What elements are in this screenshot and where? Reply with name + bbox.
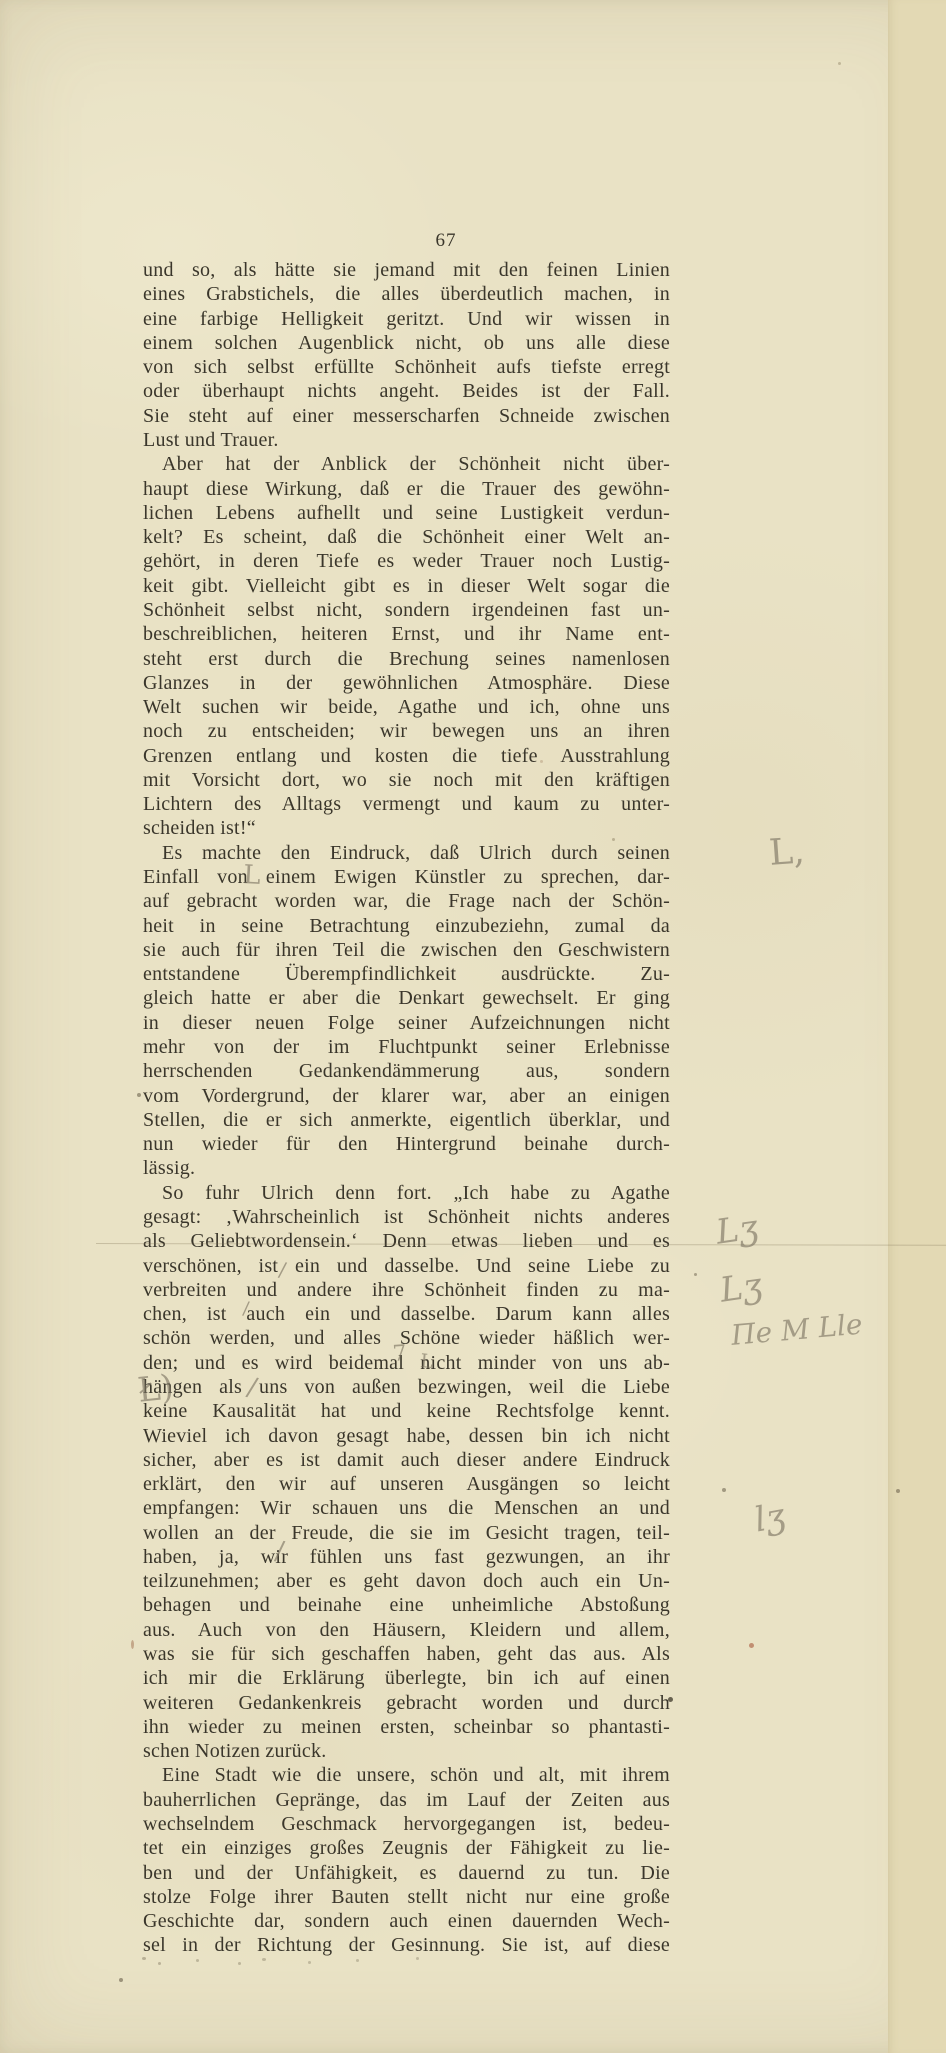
text-line: sicher, aber es ist damit auch dieser an…	[143, 1448, 670, 1472]
paper-speck	[119, 1978, 123, 1982]
text-line: ihn wieder zu meinen ersten, scheinbar s…	[143, 1715, 670, 1739]
text-line: nun wieder für den Hintergrund beinahe d…	[143, 1132, 670, 1156]
text-line: aus. Auch von den Häusern, Kleidern und …	[143, 1618, 670, 1642]
text-line: lässig.	[143, 1156, 670, 1180]
text-line: wechselndem Geschmack hervorgegangen ist…	[143, 1812, 670, 1836]
paper-speck	[262, 1958, 266, 1961]
text-line: oder überhaupt nichts angeht. Beides ist…	[143, 379, 670, 403]
paper-speck	[238, 1962, 241, 1965]
text-line: einem solchen Augenblick nicht, ob uns a…	[143, 331, 670, 355]
text-line: beschreiblichen, heiteren Ernst, und ihr…	[143, 622, 670, 646]
pencil-annotation-margin-note-pe-m-lle: Пe M Lle	[730, 1311, 864, 1350]
text-line: teilzunehmen; aber es geht davon doch au…	[143, 1569, 670, 1593]
text-line: mehr von der im Fluchtpunkt seiner Erleb…	[143, 1035, 670, 1059]
text-line: verschönen, ist ein und dasselbe. Und se…	[143, 1254, 670, 1278]
text-line: keit gibt. Vielleicht gibt es in dieser …	[143, 574, 670, 598]
text-line: haupt diese Wirkung, daß er die Trauer d…	[143, 477, 670, 501]
text-line: Welt suchen wir beide, Agathe und ich, o…	[143, 695, 670, 719]
text-line: ben und der Unfähigkeit, es dauernd zu t…	[143, 1861, 670, 1885]
pencil-annotation-inline-mark-einfall: L	[243, 862, 262, 889]
text-line: heit in seine Betrachtung einzubeziehn, …	[143, 914, 670, 938]
text-line: gehört, in deren Tiefe es weder Trauer n…	[143, 549, 670, 573]
text-line: Glanzes in der gewöhnlichen Atmosphäre. …	[143, 671, 670, 695]
paper-speck	[668, 1697, 673, 1702]
text-line: gesagt: ‚Wahrscheinlich ist Schönheit ni…	[143, 1205, 670, 1229]
text-line: weiteren Gedankenkreis gebracht worden u…	[143, 1691, 670, 1715]
text-line: Grenzen entlang und kosten die tiefe Aus…	[143, 744, 670, 768]
text-line: stolze Folge ihrer Bauten stellt nicht n…	[143, 1885, 670, 1909]
text-line: hängen als uns von außen bezwingen, weil…	[143, 1375, 670, 1399]
text-line: Schönheit selbst nicht, sondern irgendei…	[143, 598, 670, 622]
text-line: keine Kausalität hat und keine Rechtsfol…	[143, 1399, 670, 1423]
pencil-annotation-insert-mark-l: L	[419, 1352, 433, 1372]
text-line: mit Vorsicht dort, wo sie noch mit den k…	[143, 768, 670, 792]
text-line: Einfall von einem Ewigen Künstler zu spr…	[143, 865, 670, 889]
text-block: und so, als hätte sie jemand mit den fei…	[143, 258, 670, 1958]
text-line: entstandene Überempfindlichkeit ausdrück…	[143, 962, 670, 986]
text-line: vom Vordergrund, der klarer war, aber an…	[143, 1084, 670, 1108]
paper-speck	[158, 1962, 161, 1965]
text-line: wollen an der Freude, die sie im Gesicht…	[143, 1521, 670, 1545]
text-line: in dieser neuen Folge seiner Aufzeichnun…	[143, 1011, 670, 1035]
page-number: 67	[424, 230, 468, 252]
text-line: Lichtern des Alltags vermengt und kaum z…	[143, 792, 670, 816]
text-line: sel in der Richtung der Gesinnung. Sie i…	[143, 1933, 670, 1957]
paper-speck	[137, 1093, 141, 1097]
text-line: als Geliebtwordensein.‘ Denn etwas liebe…	[143, 1229, 670, 1253]
text-line: auf gebracht worden war, die Frage nach …	[143, 889, 670, 913]
pencil-annotation-margin-mark-l-comma: L,	[768, 834, 806, 872]
text-line: tet ein einziges großes Zeugnis der Fähi…	[143, 1836, 670, 1860]
text-line: gleich hatte er aber die Denkart gewechs…	[143, 986, 670, 1010]
text-line: Wieviel ich davon gesagt habe, dessen bi…	[143, 1424, 670, 1448]
paper-speck	[694, 1273, 697, 1276]
paper-speck	[142, 1957, 146, 1960]
pencil-annotation-margin-squiggle-3: lʒ	[752, 1499, 788, 1538]
text-line: schön werden, und alles Schöne wieder hä…	[143, 1326, 670, 1350]
text-line: chen, ist auch ein und dasselbe. Darum k…	[143, 1302, 670, 1326]
text-line: Sie steht auf einer messerscharfen Schne…	[143, 404, 670, 428]
text-line: haben, ja, wir fühlen uns fast gezwungen…	[143, 1545, 670, 1569]
text-line: noch zu entscheiden; wir bewegen uns an …	[143, 719, 670, 743]
paper-speck	[308, 1961, 311, 1964]
text-line: lichen Lebens aufhellt und seine Lustigk…	[143, 501, 670, 525]
text-line: Aber hat der Anblick der Schönheit nicht…	[143, 452, 670, 476]
text-line: sie auch für ihren Teil die zwischen den…	[143, 938, 670, 962]
text-line: Stellen, die er sich anmerkte, eigentlic…	[143, 1108, 670, 1132]
pencil-annotation-margin-squiggle-1: Lʒ	[714, 1210, 760, 1249]
text-line: erklärt, den wir auf unseren Ausgängen s…	[143, 1472, 670, 1496]
text-line: herrschenden Gedankendämmerung aus, sond…	[143, 1059, 670, 1083]
paper-speck	[896, 1489, 900, 1493]
text-line: kelt? Es scheint, daß die Schönheit eine…	[143, 525, 670, 549]
text-line: verbreiten und andere ihre Schönheit fin…	[143, 1278, 670, 1302]
text-line: empfangen: Wir schauen uns die Menschen …	[143, 1496, 670, 1520]
paper-speck	[838, 62, 841, 65]
text-line: eine farbige Helligkeit geritzt. Und wir…	[143, 307, 670, 331]
text-line: schen Notizen zurück.	[143, 1739, 670, 1763]
text-line: So fuhr Ulrich denn fort. „Ich habe zu A…	[143, 1181, 670, 1205]
text-line: steht erst durch die Brechung seines nam…	[143, 647, 670, 671]
text-line: und so, als hätte sie jemand mit den fei…	[143, 258, 670, 282]
text-line: was sie für sich geschaffen haben, geht …	[143, 1642, 670, 1666]
text-line: behagen und beinahe eine unheimliche Abs…	[143, 1593, 670, 1617]
text-line: ich mir die Erklärung überlegte, bin ich…	[143, 1666, 670, 1690]
page-edge	[888, 0, 946, 2053]
paper-speck	[749, 1643, 754, 1648]
text-line: bauherrlichen Gepränge, das im Lauf der …	[143, 1788, 670, 1812]
paper-speck	[416, 1957, 419, 1960]
pencil-annotation-insert-mark-seven: 7	[392, 1343, 408, 1366]
pencil-annotation-margin-mark-left-l-paren: Ł)	[136, 1370, 175, 1408]
book-page-scan: 67 und so, als hätte sie jemand mit den …	[0, 0, 946, 2053]
text-line: Eine Stadt wie die unsere, schön und alt…	[143, 1763, 670, 1787]
paper-speck	[540, 760, 543, 763]
text-line: scheiden ist!“	[143, 816, 670, 840]
text-line: Lust und Trauer.	[143, 428, 670, 452]
text-line: Geschichte dar, sondern auch einen dauer…	[143, 1909, 670, 1933]
paper-speck	[131, 1640, 134, 1649]
paper-speck	[196, 1959, 199, 1962]
text-line: eines Grabstichels, die alles überdeutli…	[143, 282, 670, 306]
paper-speck	[356, 1959, 359, 1962]
pencil-annotation-margin-squiggle-2: Lʒ	[718, 1268, 764, 1307]
paper-speck	[612, 838, 615, 841]
text-line: Es machte den Eindruck, daß Ulrich durch…	[143, 841, 670, 865]
paper-speck	[722, 1488, 726, 1492]
text-line: von sich selbst erfüllte Schönheit aufs …	[143, 355, 670, 379]
